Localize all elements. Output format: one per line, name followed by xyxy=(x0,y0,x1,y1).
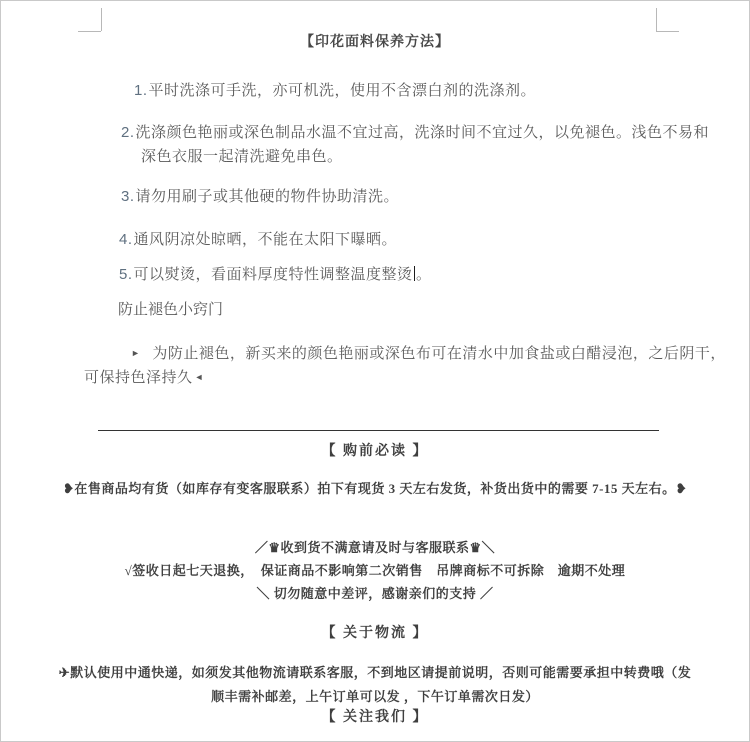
care-item-5: 5.可以熨烫，看面料厚度特性调整温度整烫。 xyxy=(119,263,432,284)
triangle-bullet-icon: ► xyxy=(131,348,140,358)
care-item-4: 4.通风阴凉处晾晒，不能在太阳下曝晒。 xyxy=(119,228,397,249)
care-item-text: 可以熨烫，看面料厚度特性调整温度整烫 xyxy=(134,266,413,283)
tip-line-2: 可保持色泽持久◄ xyxy=(84,366,204,387)
margin-crop-mark-left-icon xyxy=(101,8,102,31)
care-item-text: 深色衣服一起清洗避免串色。 xyxy=(141,148,343,165)
care-item-1: 1.平时洗涤可手洗，亦可机洗，使用不含漂白剂的洗涤剂。 xyxy=(134,79,536,100)
logistics-note-line-2: 顺丰需补邮差，上午订单可以发 ，下午订单需次日发） xyxy=(1,686,749,705)
logistics-section-heading: 【 关于物流 】 xyxy=(1,622,749,642)
tips-heading: 防止褪色小窍门 xyxy=(118,298,223,319)
list-number: 3. xyxy=(121,188,135,205)
section-divider xyxy=(98,430,659,431)
margin-crop-mark-right-icon xyxy=(656,8,657,31)
service-note-3: ＼ 切勿随意中差评，感谢亲们的支持 ／ xyxy=(1,583,749,602)
care-item-text: 请勿用刷子或其他硬的物件协助清洗。 xyxy=(136,188,400,205)
paragraph-end-mark-icon: ◄ xyxy=(195,372,204,382)
follow-section-heading: 【 关注我们 】 xyxy=(1,706,749,726)
document-page[interactable]: 【印花面料保养方法】 1.平时洗涤可手洗，亦可机洗，使用不含漂白剂的洗涤剂。 2… xyxy=(0,0,750,742)
list-number: 4. xyxy=(119,231,133,248)
tip-line-1: ►为防止褪色，新买来的颜色艳丽或深色布可在清水中加食盐或白醋浸泡，之后阴干， xyxy=(131,342,726,363)
care-item-2-continued: 深色衣服一起清洗避免串色。 xyxy=(141,145,343,166)
tip-text: 为防止褪色，新买来的颜色艳丽或深色布可在清水中加食盐或白醋浸泡，之后阴干， xyxy=(152,345,726,362)
text-insertion-cursor xyxy=(414,266,416,281)
service-note-2: √签收日起七天退换， 保证商品不影响第二次销售 吊牌商标不可拆除 逾期不处理 xyxy=(1,560,749,579)
care-item-text: 洗涤颜色艳丽或深色制品水温不宜过高，洗涤时间不宜过久，以免褪色。浅色不易和 xyxy=(136,124,710,141)
care-item-text: 通风阴凉处晾晒，不能在太阳下曝晒。 xyxy=(134,231,398,248)
stock-note: ❥在售商品均有货（如库存有变客服联系）拍下有现货 3 天左右发货，补货出货中的需… xyxy=(1,478,749,497)
purchase-section-heading: 【 购前必读 】 xyxy=(1,440,749,460)
care-item-text: 平时洗涤可手洗，亦可机洗，使用不含漂白剂的洗涤剂。 xyxy=(149,82,537,99)
tip-text: 可保持色泽持久 xyxy=(84,369,193,386)
document-title: 【印花面料保养方法】 xyxy=(1,31,749,51)
care-item-3: 3.请勿用刷子或其他硬的物件协助清洗。 xyxy=(121,185,399,206)
list-number: 5. xyxy=(119,266,133,283)
list-number: 2. xyxy=(121,124,135,141)
care-item-text: 。 xyxy=(416,266,432,283)
care-item-2: 2.洗涤颜色艳丽或深色制品水温不宜过高，洗涤时间不宜过久，以免褪色。浅色不易和 xyxy=(121,121,709,142)
logistics-note-line-1: ✈默认使用中通快递，如须发其他物流请联系客服，不到地区请提前说明，否则可能需要承… xyxy=(1,662,749,681)
list-number: 1. xyxy=(134,82,148,99)
service-note-1: ／♛收到货不满意请及时与客服联系♛＼ xyxy=(1,537,749,556)
